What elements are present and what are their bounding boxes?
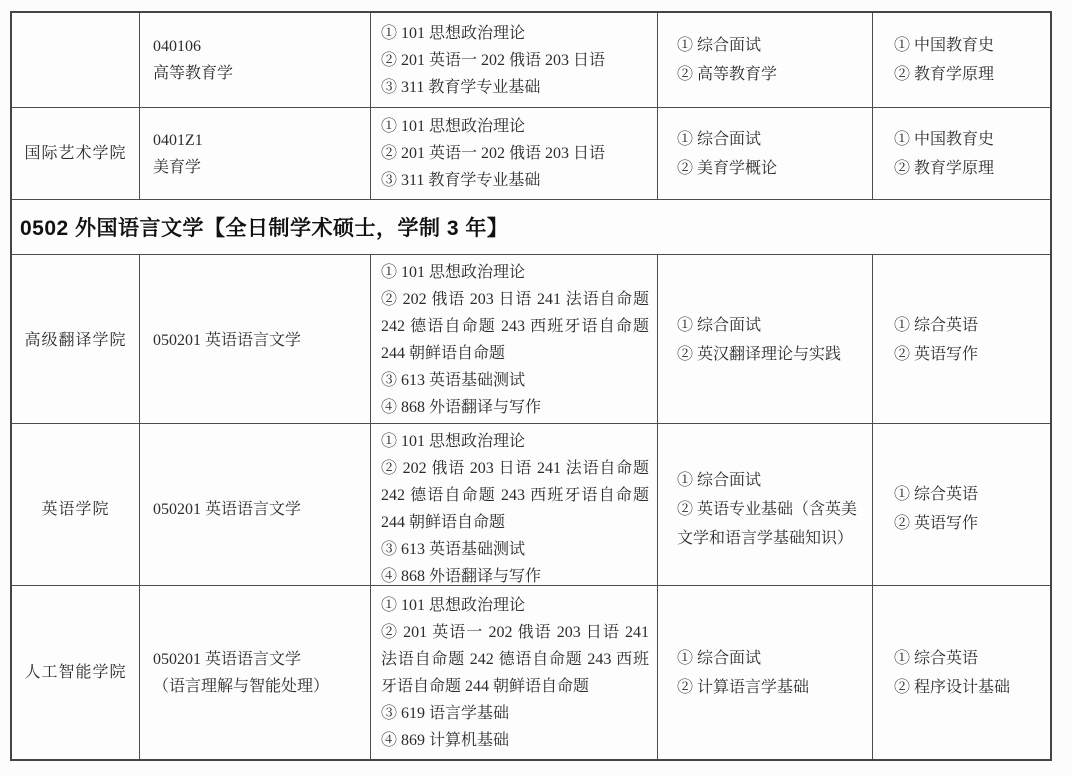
table-row: 英语学院 050201 英语语言文学 ① 101 思想政治理论 ② 202 俄语… (12, 424, 1050, 586)
exam-item: ① 综合英语 (894, 644, 1044, 673)
reexam-cell: ① 综合面试 ② 美育学概论 (658, 108, 873, 199)
additional-exam-cell: ① 综合英语 ② 英语写作 (873, 255, 1050, 425)
initial-exam-cell: ① 101 思想政治理论 ② 201 英语一 202 俄语 203 日语 241… (371, 586, 658, 759)
additional-exam-cell: ① 中国教育史 ② 教育学原理 (873, 13, 1050, 107)
exam-item: ② 202 俄语 203 日语 241 法语自命题 242 德语自命题 243 … (381, 455, 649, 536)
exam-item: ④ 868 外语翻译与写作 (381, 394, 649, 421)
table-row: 国际艺术学院 0401Z1 美育学 ① 101 思想政治理论 ② 201 英语一… (12, 108, 1050, 200)
initial-exam-cell: ① 101 思想政治理论 ② 202 俄语 203 日语 241 法语自命题 2… (371, 255, 658, 425)
program-name: 高等教育学 (153, 60, 364, 87)
exam-item: ② 英汉翻译理论与实践 (677, 340, 862, 369)
reexam-cell: ① 综合面试 ② 英汉翻译理论与实践 (658, 255, 873, 425)
program-code: 050201 英语语言文学 (153, 496, 364, 523)
program-code: 050201 英语语言文学 (153, 327, 364, 354)
exam-item: ③ 311 教育学专业基础 (381, 74, 649, 101)
exam-item: ② 教育学原理 (894, 154, 1044, 183)
document-page: 040106 高等教育学 ① 101 思想政治理论 ② 201 英语一 202 … (0, 0, 1072, 776)
exam-item: ① 中国教育史 (894, 125, 1044, 154)
exam-item: ① 101 思想政治理论 (381, 20, 649, 47)
initial-exam-cell: ① 101 思想政治理论 ② 202 俄语 203 日语 241 法语自命题 2… (371, 424, 658, 594)
exam-item: ② 程序设计基础 (894, 673, 1044, 702)
exam-item: ② 英语写作 (894, 340, 1044, 369)
exam-item: ① 101 思想政治理论 (381, 428, 649, 455)
additional-exam-cell: ① 综合英语 ② 英语写作 (873, 424, 1050, 594)
program-cell: 050201 英语语言文学 (140, 424, 371, 594)
exam-item: ② 201 英语一 202 俄语 203 日语 (381, 47, 649, 74)
college-cell: 高级翻译学院 (12, 255, 140, 425)
exam-item: ② 201 英语一 202 俄语 203 日语 (381, 140, 649, 167)
program-name: （语言理解与智能处理） (153, 673, 364, 700)
reexam-cell: ① 综合面试 ② 高等教育学 (658, 13, 873, 107)
exam-item: ④ 869 计算机基础 (381, 727, 649, 754)
table-row: 人工智能学院 050201 英语语言文学 （语言理解与智能处理） ① 101 思… (12, 586, 1050, 759)
program-cell: 050201 英语语言文学 （语言理解与智能处理） (140, 586, 371, 759)
exam-item: ① 综合英语 (894, 311, 1044, 340)
program-code: 040106 (153, 33, 364, 60)
college-cell: 人工智能学院 (12, 586, 140, 759)
exam-item: ① 综合英语 (894, 480, 1044, 509)
additional-exam-cell: ① 综合英语 ② 程序设计基础 (873, 586, 1050, 759)
exam-item: ③ 311 教育学专业基础 (381, 167, 649, 194)
reexam-cell: ① 综合面试 ② 计算语言学基础 (658, 586, 873, 759)
program-code: 050201 英语语言文学 (153, 646, 364, 673)
program-cell: 050201 英语语言文学 (140, 255, 371, 425)
reexam-cell: ① 综合面试 ② 英语专业基础（含英美文学和语言学基础知识） (658, 424, 873, 594)
college-cell: 英语学院 (12, 424, 140, 594)
table-row: 高级翻译学院 050201 英语语言文学 ① 101 思想政治理论 ② 202 … (12, 255, 1050, 424)
exam-item: ② 教育学原理 (894, 60, 1044, 89)
exam-item: ① 101 思想政治理论 (381, 113, 649, 140)
college-cell: 国际艺术学院 (12, 108, 140, 199)
exam-item: ② 计算语言学基础 (677, 673, 862, 702)
exam-item: ① 101 思想政治理论 (381, 259, 649, 286)
exam-item: ① 中国教育史 (894, 31, 1044, 60)
initial-exam-cell: ① 101 思想政治理论 ② 201 英语一 202 俄语 203 日语 ③ 3… (371, 13, 658, 107)
additional-exam-cell: ① 中国教育史 ② 教育学原理 (873, 108, 1050, 199)
exam-item: ② 201 英语一 202 俄语 203 日语 241 法语自命题 242 德语… (381, 619, 649, 700)
program-cell: 040106 高等教育学 (140, 13, 371, 107)
exam-item: ① 综合面试 (677, 644, 862, 673)
program-cell: 0401Z1 美育学 (140, 108, 371, 199)
program-name: 美育学 (153, 154, 364, 181)
exam-item: ② 202 俄语 203 日语 241 法语自命题 242 德语自命题 243 … (381, 286, 649, 367)
section-header-0502: 0502 外国语言文学【全日制学术硕士，学制 3 年】 (12, 200, 1050, 255)
initial-exam-cell: ① 101 思想政治理论 ② 201 英语一 202 俄语 203 日语 ③ 3… (371, 108, 658, 199)
exam-item: ① 综合面试 (677, 466, 862, 495)
admissions-table: 040106 高等教育学 ① 101 思想政治理论 ② 201 英语一 202 … (10, 11, 1052, 761)
exam-item: ③ 613 英语基础测试 (381, 536, 649, 563)
exam-item: ③ 613 英语基础测试 (381, 367, 649, 394)
college-name: 人工智能学院 (24, 659, 126, 686)
exam-item: ③ 619 语言学基础 (381, 700, 649, 727)
college-name: 国际艺术学院 (24, 140, 126, 167)
exam-item: ② 英语专业基础（含英美文学和语言学基础知识） (677, 495, 862, 553)
exam-item: ① 综合面试 (677, 125, 862, 154)
college-name: 英语学院 (41, 496, 109, 523)
exam-item: ① 综合面试 (677, 31, 862, 60)
exam-item: ② 英语写作 (894, 509, 1044, 538)
college-cell (12, 13, 140, 107)
exam-item: ① 101 思想政治理论 (381, 592, 649, 619)
exam-item: ① 综合面试 (677, 311, 862, 340)
college-name: 高级翻译学院 (24, 327, 126, 354)
program-code: 0401Z1 (153, 127, 364, 154)
exam-item: ② 高等教育学 (677, 60, 862, 89)
table-row: 040106 高等教育学 ① 101 思想政治理论 ② 201 英语一 202 … (12, 13, 1050, 108)
exam-item: ② 美育学概论 (677, 154, 862, 183)
